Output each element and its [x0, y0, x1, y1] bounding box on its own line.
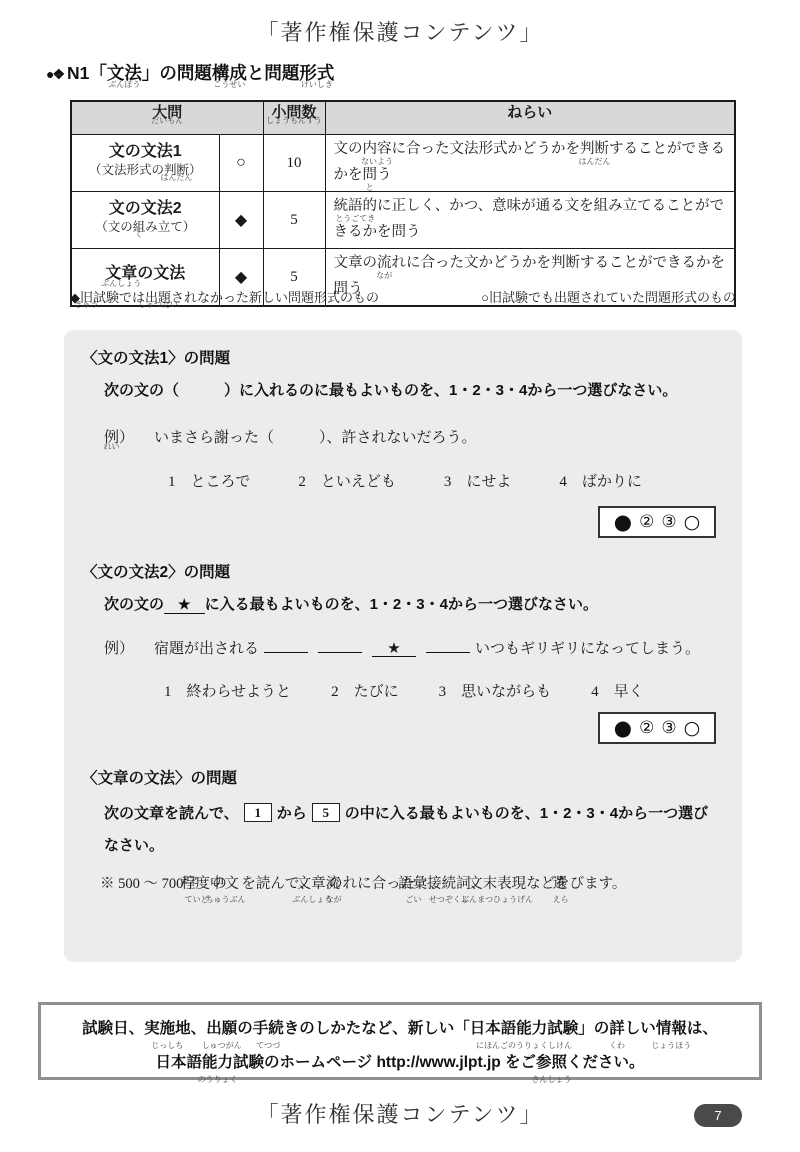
- header-daimon: 大問だいもん: [71, 101, 263, 135]
- info-line-2: 日本語能力のうりょく試験のホームページ http://www.jlpt.jp を…: [41, 1046, 759, 1080]
- main-heading-text: N1「文法ぶんぽう」の問題構成こうせいと問題形式けいしき: [67, 60, 334, 85]
- empty-answer-mark-icon: ○: [684, 513, 701, 532]
- legend-new-format: ◆旧きゅう試験では出題しゅつだいされなかった新しい問題形式のもの: [70, 291, 379, 305]
- example-tail: いつもギリギリになってしまう。: [475, 641, 700, 657]
- copyright-footer-title: 「著作権保護コンテンツ」: [0, 1098, 800, 1129]
- section1-options: 1 ところで 2 といえども 3 にせよ 4 ばかりに: [168, 470, 642, 491]
- circled-2-icon: ②: [639, 514, 654, 531]
- row-aim: 統語的とうごてきに正しく、かつ、意味が通る文を組み立てることができるかを問う: [325, 192, 735, 249]
- question-structure-table: 大問だいもん 小問数しょうもんすう ねらい 文の文法1 （文法形式の判断はんだん…: [70, 100, 736, 307]
- document-page: 「著作権保護コンテンツ」 ●❖ N1「文法ぶんぽう」の問題構成こうせいと問題形式…: [0, 0, 800, 1152]
- main-heading: ●❖ N1「文法ぶんぽう」の問題構成こうせいと問題形式けいしき: [46, 60, 334, 99]
- blank-line-icon: [318, 636, 362, 653]
- boxed-number-1: 1: [244, 803, 272, 822]
- section3-note: ※ 500 ～ 700字程度ていどの中文ちゅうぶんを読んで、文章ぶんしょうの流な…: [100, 868, 733, 900]
- option-item: 2 といえども: [298, 470, 396, 491]
- row-count: 10: [263, 135, 325, 192]
- filled-answer-mark-icon: ●: [614, 718, 632, 739]
- example-label: 例）: [104, 641, 134, 657]
- option-item: 2 たびに: [331, 680, 399, 701]
- instruction-prefix: 次の文の: [104, 596, 164, 613]
- section1-example: 例れい）いまさら謝った（ ）、許されないだろう。: [104, 426, 477, 447]
- header-nerai: ねらい: [325, 101, 735, 135]
- circled-3-icon: ③: [661, 720, 676, 737]
- star-blank-icon: ★: [164, 597, 205, 614]
- row-name: 文章ぶんしょうの文法: [72, 264, 219, 284]
- instruction-suffix: に入る最もよいものを、1・2・3・4から一つ選びなさい。: [205, 596, 598, 613]
- empty-answer-mark-icon: ○: [684, 719, 701, 738]
- example-lead: 宿題が出される: [154, 641, 259, 657]
- row-symbol: ◆: [219, 192, 263, 249]
- blank-line-icon: [426, 636, 470, 653]
- info-line-1: 試験日、実施地じっしち、出願しゅつがんの手続てつづきのしかたなど、新しい「日本語…: [41, 1012, 759, 1046]
- row-name-cell: 文の文法1 （文法形式の判断はんだん）: [71, 135, 219, 192]
- section3-instruction: 次の文章を読んで、1から5の中に入る最もよいものを、1・2・3・4から一つ選びな…: [104, 798, 716, 862]
- legend-old-format: ○旧試験でも出題されていた問題形式のもの: [481, 291, 736, 305]
- blank-line-icon: [264, 636, 308, 653]
- instruction-part: 次の文章を読んで、: [104, 805, 239, 822]
- option-item: 3 思いながらも: [439, 680, 552, 701]
- option-item: 1 ところで: [168, 470, 250, 491]
- page-number-badge: 7: [694, 1104, 742, 1127]
- row-aim: 文の内容ないように合った文法形式かどうかを判断はんだんすることができるかを問とう: [325, 135, 735, 192]
- heading-bullet-icon: ●❖: [46, 66, 63, 83]
- sample-questions-panel: 〈文の文法1〉の問題 次の文の（ ）に入れるのに最もよいものを、1・2・3・4か…: [64, 330, 742, 962]
- section2-heading: 〈文の文法2〉の問題: [82, 560, 230, 582]
- row-count: 5: [263, 192, 325, 249]
- table-row: 文の文法1 （文法形式の判断はんだん） ○ 10 文の内容ないように合った文法形…: [71, 135, 735, 192]
- header-shomonsu: 小問数しょうもんすう: [263, 101, 325, 135]
- answer-marks-box: ● ② ③ ○: [598, 712, 716, 744]
- row-subtitle: （文法形式の判断はんだん）: [72, 162, 219, 178]
- section2-options: 1 終わらせようと 2 たびに 3 思いながらも 4 早く: [164, 680, 644, 701]
- example-label: 例れい）: [104, 430, 134, 446]
- filled-answer-mark-icon: ●: [614, 512, 632, 533]
- table-header-row: 大問だいもん 小問数しょうもんすう ねらい: [71, 101, 735, 135]
- row-name: 文の文法2: [72, 199, 219, 219]
- section3-heading: 〈文章の文法〉の問題: [82, 766, 237, 788]
- option-item: 4 早く: [591, 680, 644, 701]
- section2-example: 例）宿題が出される★いつもギリギリになってしまう。: [104, 636, 700, 658]
- blank-line-star-icon: ★: [372, 640, 416, 657]
- option-item: 1 終わらせようと: [164, 680, 291, 701]
- section2-instruction: 次の文の★に入る最もよいものを、1・2・3・4から一つ選びなさい。: [104, 594, 598, 616]
- circled-3-icon: ③: [661, 514, 676, 531]
- boxed-number-5: 5: [312, 803, 340, 822]
- row-subtitle: （文の組くみ立て）: [72, 219, 219, 235]
- example-sentence: いまさら謝った（ ）、許されないだろう。: [154, 430, 477, 446]
- row-name: 文の文法1: [72, 142, 219, 162]
- table-legend: ◆旧きゅう試験では出題しゅつだいされなかった新しい問題形式のもの ○旧試験でも出…: [70, 291, 736, 305]
- row-symbol: ○: [219, 135, 263, 192]
- section1-instruction: 次の文の（ ）に入れるのに最もよいものを、1・2・3・4から一つ選びなさい。: [104, 380, 677, 402]
- option-item: 3 にせよ: [444, 470, 512, 491]
- jlpt-info-box: 試験日、実施地じっしち、出願しゅつがんの手続てつづきのしかたなど、新しい「日本語…: [38, 1002, 762, 1080]
- option-item: 4 ばかりに: [559, 470, 642, 491]
- answer-marks-box: ● ② ③ ○: [598, 506, 716, 538]
- circled-2-icon: ②: [639, 720, 654, 737]
- table-row: 文の文法2 （文の組くみ立て） ◆ 5 統語的とうごてきに正しく、かつ、意味が通…: [71, 192, 735, 249]
- section1-heading: 〈文の文法1〉の問題: [82, 346, 230, 368]
- copyright-header-title: 「著作権保護コンテンツ」: [0, 16, 800, 47]
- instruction-part: から: [277, 805, 307, 822]
- row-name-cell: 文の文法2 （文の組くみ立て）: [71, 192, 219, 249]
